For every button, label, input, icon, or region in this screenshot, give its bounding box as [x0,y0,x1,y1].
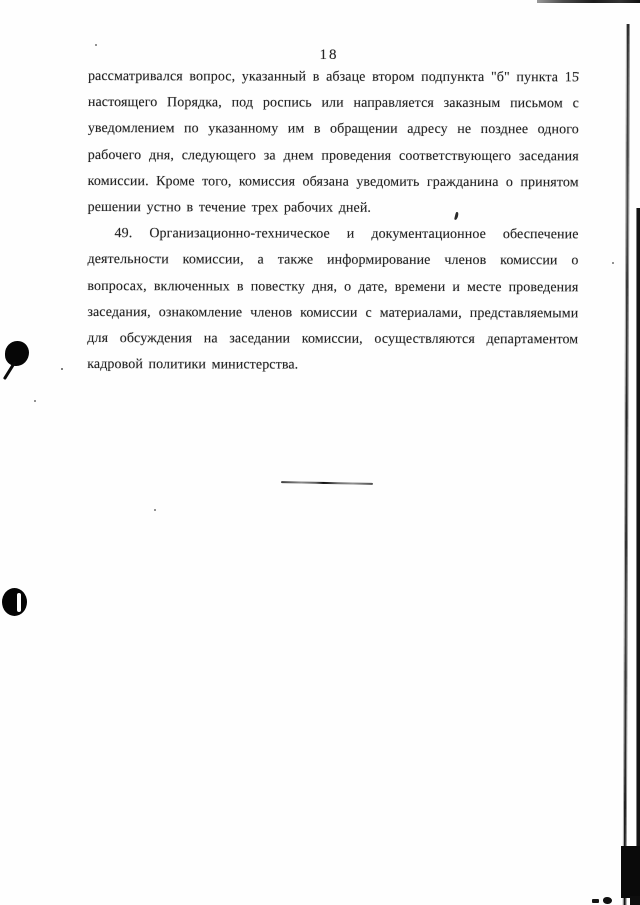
scan-artifact-vertical-line-2 [636,208,640,905]
scan-artifact-top-edge [537,0,640,3]
dust-speck [154,509,156,511]
ink-blot-lower [2,588,27,616]
dust-speck [95,44,97,46]
scan-artifact-bottom-mark [603,897,612,904]
paragraph-item-49: 49. Организационно-техническое и докумен… [87,221,578,380]
ink-blot-upper [5,341,29,366]
section-divider-line [281,481,373,485]
scan-artifact-vertical-line-1 [623,24,630,905]
dust-speck [34,400,36,402]
page-number: 18 [0,47,640,64]
ink-blot-tail [3,361,16,380]
scanned-document-page: 18 рассматривался вопрос, указанный в аб… [0,0,640,905]
dust-speck [612,262,614,264]
dust-speck [61,368,63,370]
scan-artifact-bottom-mark [592,899,599,903]
document-text-block: рассматривался вопрос, указанный в абзац… [87,64,579,380]
dust-speck [577,72,579,74]
scan-artifact-corner [621,846,640,898]
scan-artifact-corner-extension [630,896,640,905]
paragraph-continuation: рассматривался вопрос, указанный в абзац… [88,64,579,223]
ink-blot-notch [17,593,21,612]
